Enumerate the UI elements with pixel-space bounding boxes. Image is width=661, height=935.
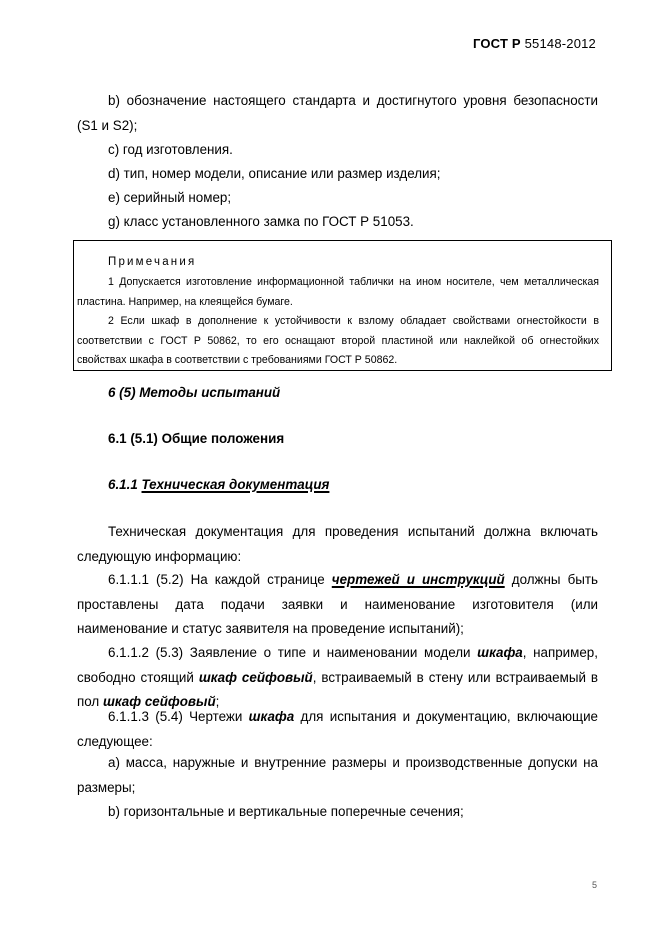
note-1: 1 Допускается изготовление информационно… [77,273,599,312]
text: 6.1.1.1 (5.2) На каждой странице [108,572,332,587]
list-item-a-2: a) масса, наружные и внутренние размеры … [77,751,598,800]
section-heading-6: 6 (5) Методы испытаний [108,385,280,400]
paragraph-6-1-1-2: 6.1.1.2 (5.3) Заявление о типе и наимено… [77,641,598,715]
document-code: ГОСТ Р 55148-2012 [473,36,596,51]
list-item-b: b) обозначение настоящего стандарта и до… [77,89,598,138]
emphasis-text: чертежей и инструкций [332,572,505,587]
section-heading-6-1-1: 6.1.1 Техническая документация [108,477,329,492]
section-number: 6.1.1 [108,477,142,492]
paragraph-6-1-1-3: 6.1.1.3 (5.4) Чертежи шкафа для испытани… [77,705,598,754]
list-item-c: c) год изготовления. [77,138,598,163]
emphasis-text: шкафа [477,645,523,660]
note-2: 2 Если шкаф в дополнение к устойчивости … [77,312,599,371]
paragraph-6-1-1-1: 6.1.1.1 (5.2) На каждой странице чертеже… [77,568,598,642]
emphasis-text: шкаф сейфовый [199,670,313,685]
list-item-e: e) серийный номер; [77,186,598,211]
page-number: 5 [592,880,597,890]
emphasis-text: шкафа [249,709,295,724]
doc-code-number: 55148-2012 [521,36,596,51]
text: 6.1.1.2 (5.3) Заявление о типе и наимено… [108,645,477,660]
paragraph-intro: Техническая документация для проведения … [77,520,598,569]
list-item-b-2: b) горизонтальные и вертикальные попереч… [77,800,598,825]
list-item-g: g) класс установленного замка по ГОСТ Р … [77,210,598,235]
list-item-d: d) тип, номер модели, описание или разме… [77,162,598,187]
section-heading-6-1: 6.1 (5.1) Общие положения [108,431,284,446]
notes-title: Примечания [108,256,196,268]
doc-code-prefix: ГОСТ Р [473,36,521,51]
section-title: Техническая документация [142,477,330,492]
text: 6.1.1.3 (5.4) Чертежи [108,709,249,724]
